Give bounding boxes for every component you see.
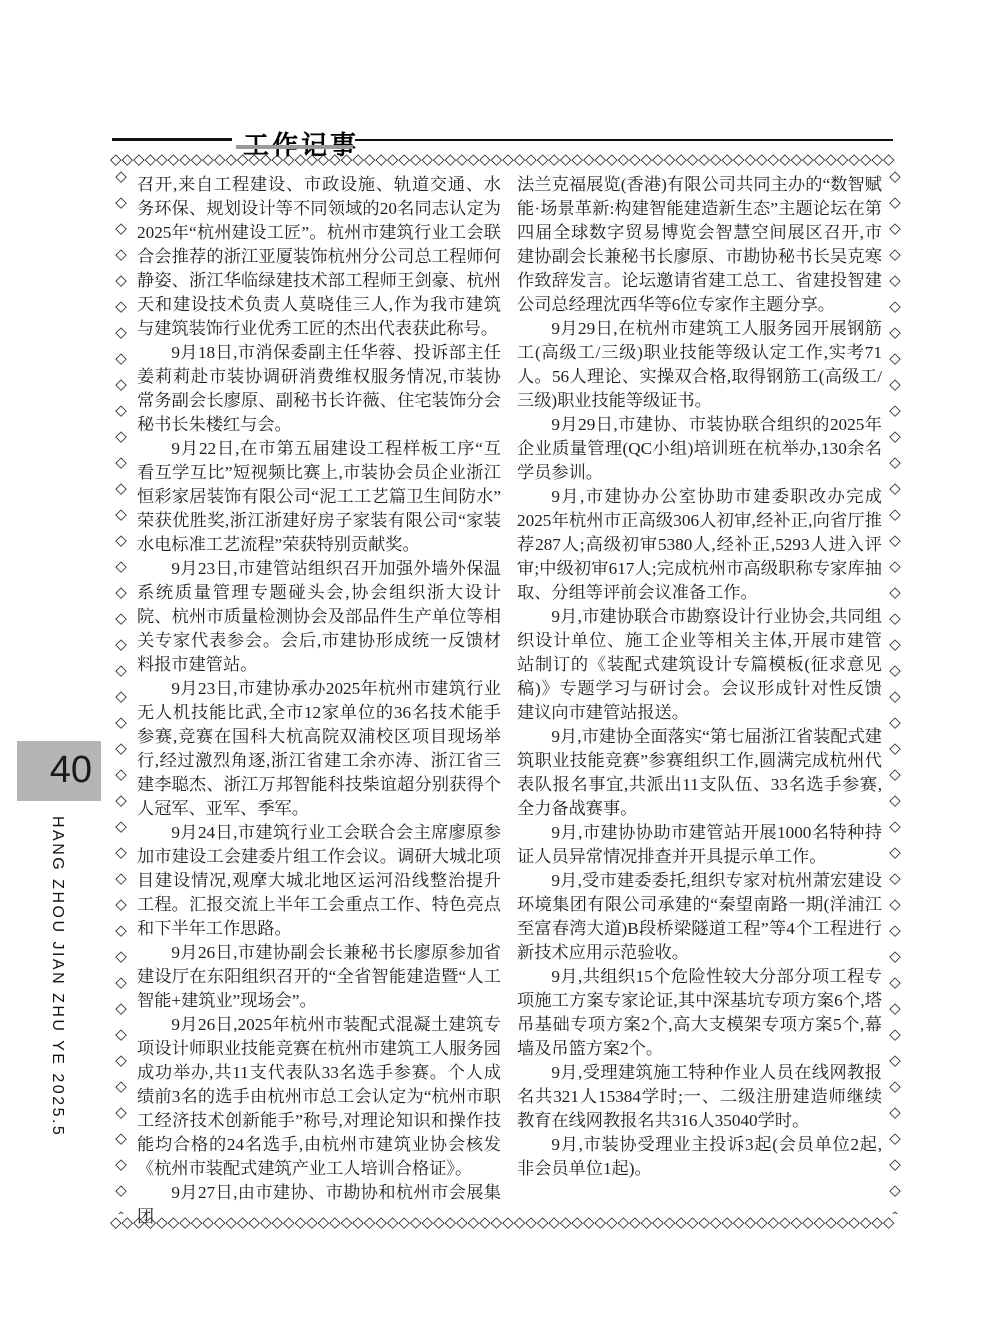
paragraph: 9月,市建协联合市勘察设计行业协会,共同组织设计单位、施工企业等相关主体,开展市… (517, 605, 882, 725)
right-column: 法兰克福展览(香港)有限公司共同主办的“数智赋能·场景革新:构建智能建造新生态”… (517, 173, 882, 1181)
paragraph: 9月26日,市建协副会长兼秘书长廖原参加省建设厅在东阳组织召开的“全省智能建造暨… (137, 941, 501, 1013)
paragraph: 召开,来自工程建设、市政设施、轨道交通、水务环保、规划设计等不同领域的20名同志… (137, 173, 501, 341)
paragraph: 9月,共组织15个危险性较大分部分项工程专项施工方案专家论证,其中深基坑专项方案… (517, 965, 882, 1061)
paragraph: 9月23日,市建管站组织召开加强外墙外保温系统质量管理专题碰头会,协会组织浙大设… (137, 557, 501, 677)
left-column: 召开,来自工程建设、市政设施、轨道交通、水务环保、规划设计等不同领域的20名同志… (137, 173, 501, 1229)
title-underline (236, 145, 353, 149)
paragraph: 9月26日,2025年杭州市装配式混凝土建筑专项设计师职业技能竞赛在杭州市建筑工… (137, 1013, 501, 1181)
paragraph: 法兰克福展览(香港)有限公司共同主办的“数智赋能·场景革新:构建智能建造新生态”… (517, 173, 882, 317)
paragraph: 9月29日,在杭州市建筑工人服务园开展钢筋工(高级工/三级)职业技能等级认定工作… (517, 317, 882, 413)
paragraph: 9月,受市建委委托,组织专家对杭州萧宏建设环境集团有限公司承建的“秦望南路一期(… (517, 869, 882, 965)
page-number-badge: 40 (17, 741, 101, 801)
header-rule-right (355, 139, 893, 141)
decorative-border-right: ◇◇◇◇◇◇◇◇◇◇◇◇◇◇◇◇◇◇◇◇◇◇◇◇◇◇◇◇◇◇◇◇◇◇◇◇◇◇◇◇… (886, 167, 903, 1214)
magazine-page: 工作记事 ◇◇◇◇◇◇◇◇◇◇◇◇◇◇◇◇◇◇◇◇◇◇◇◇◇◇◇◇◇◇◇◇◇◇◇… (0, 0, 1000, 1337)
paragraph: 9月24日,市建筑行业工会联合会主席廖原参加市建设工会建委片组工作会议。调研大城… (137, 821, 501, 941)
paragraph: 9月23日,市建协承办2025年杭州市建筑行业无人机技能比武,全市12家单位的3… (137, 677, 501, 821)
paragraph: 9月18日,市消保委副主任华蓉、投诉部主任姜莉莉赴市装协调研消费维权服务情况,市… (137, 341, 501, 437)
paragraph: 9月27日,由市建协、市勘协和杭州市会展集团 (137, 1181, 501, 1229)
decorative-border-top: ◇◇◇◇◇◇◇◇◇◇◇◇◇◇◇◇◇◇◇◇◇◇◇◇◇◇◇◇◇◇◇◇◇◇◇◇◇◇◇◇… (110, 151, 896, 168)
paragraph: 9月29日,市建协、市装协联合组织的2025年企业质量管理(QC小组)培训班在杭… (517, 413, 882, 485)
header-rule-left (112, 138, 232, 141)
journal-title-vertical: HANG ZHOU JIAN ZHU YE 2025.5 (48, 816, 66, 1196)
paragraph: 9月,受理建筑施工特种作业人员在线网教报名共321人15384学时;一、二级注册… (517, 1061, 882, 1133)
paragraph: 9月,市装协受理业主投诉3起(会员单位2起,非会员单位1起)。 (517, 1133, 882, 1181)
paragraph: 9月,市建协全面落实“第七届浙江省装配式建筑职业技能竞赛”参赛组织工作,圆满完成… (517, 725, 882, 821)
paragraph: 9月,市建协办公室协助市建委职改办完成2025年杭州市正高级306人初审,经补正… (517, 485, 882, 605)
decorative-border-left: ◇◇◇◇◇◇◇◇◇◇◇◇◇◇◇◇◇◇◇◇◇◇◇◇◇◇◇◇◇◇◇◇◇◇◇◇◇◇◇◇… (112, 167, 129, 1214)
paragraph: 9月22日,在市第五届建设工程样板工序“互看互学互比”短视频比赛上,市装协会员企… (137, 437, 501, 557)
paragraph: 9月,市建协协助市建管站开展1000名特种持证人员异常情况排查并开具提示单工作。 (517, 821, 882, 869)
